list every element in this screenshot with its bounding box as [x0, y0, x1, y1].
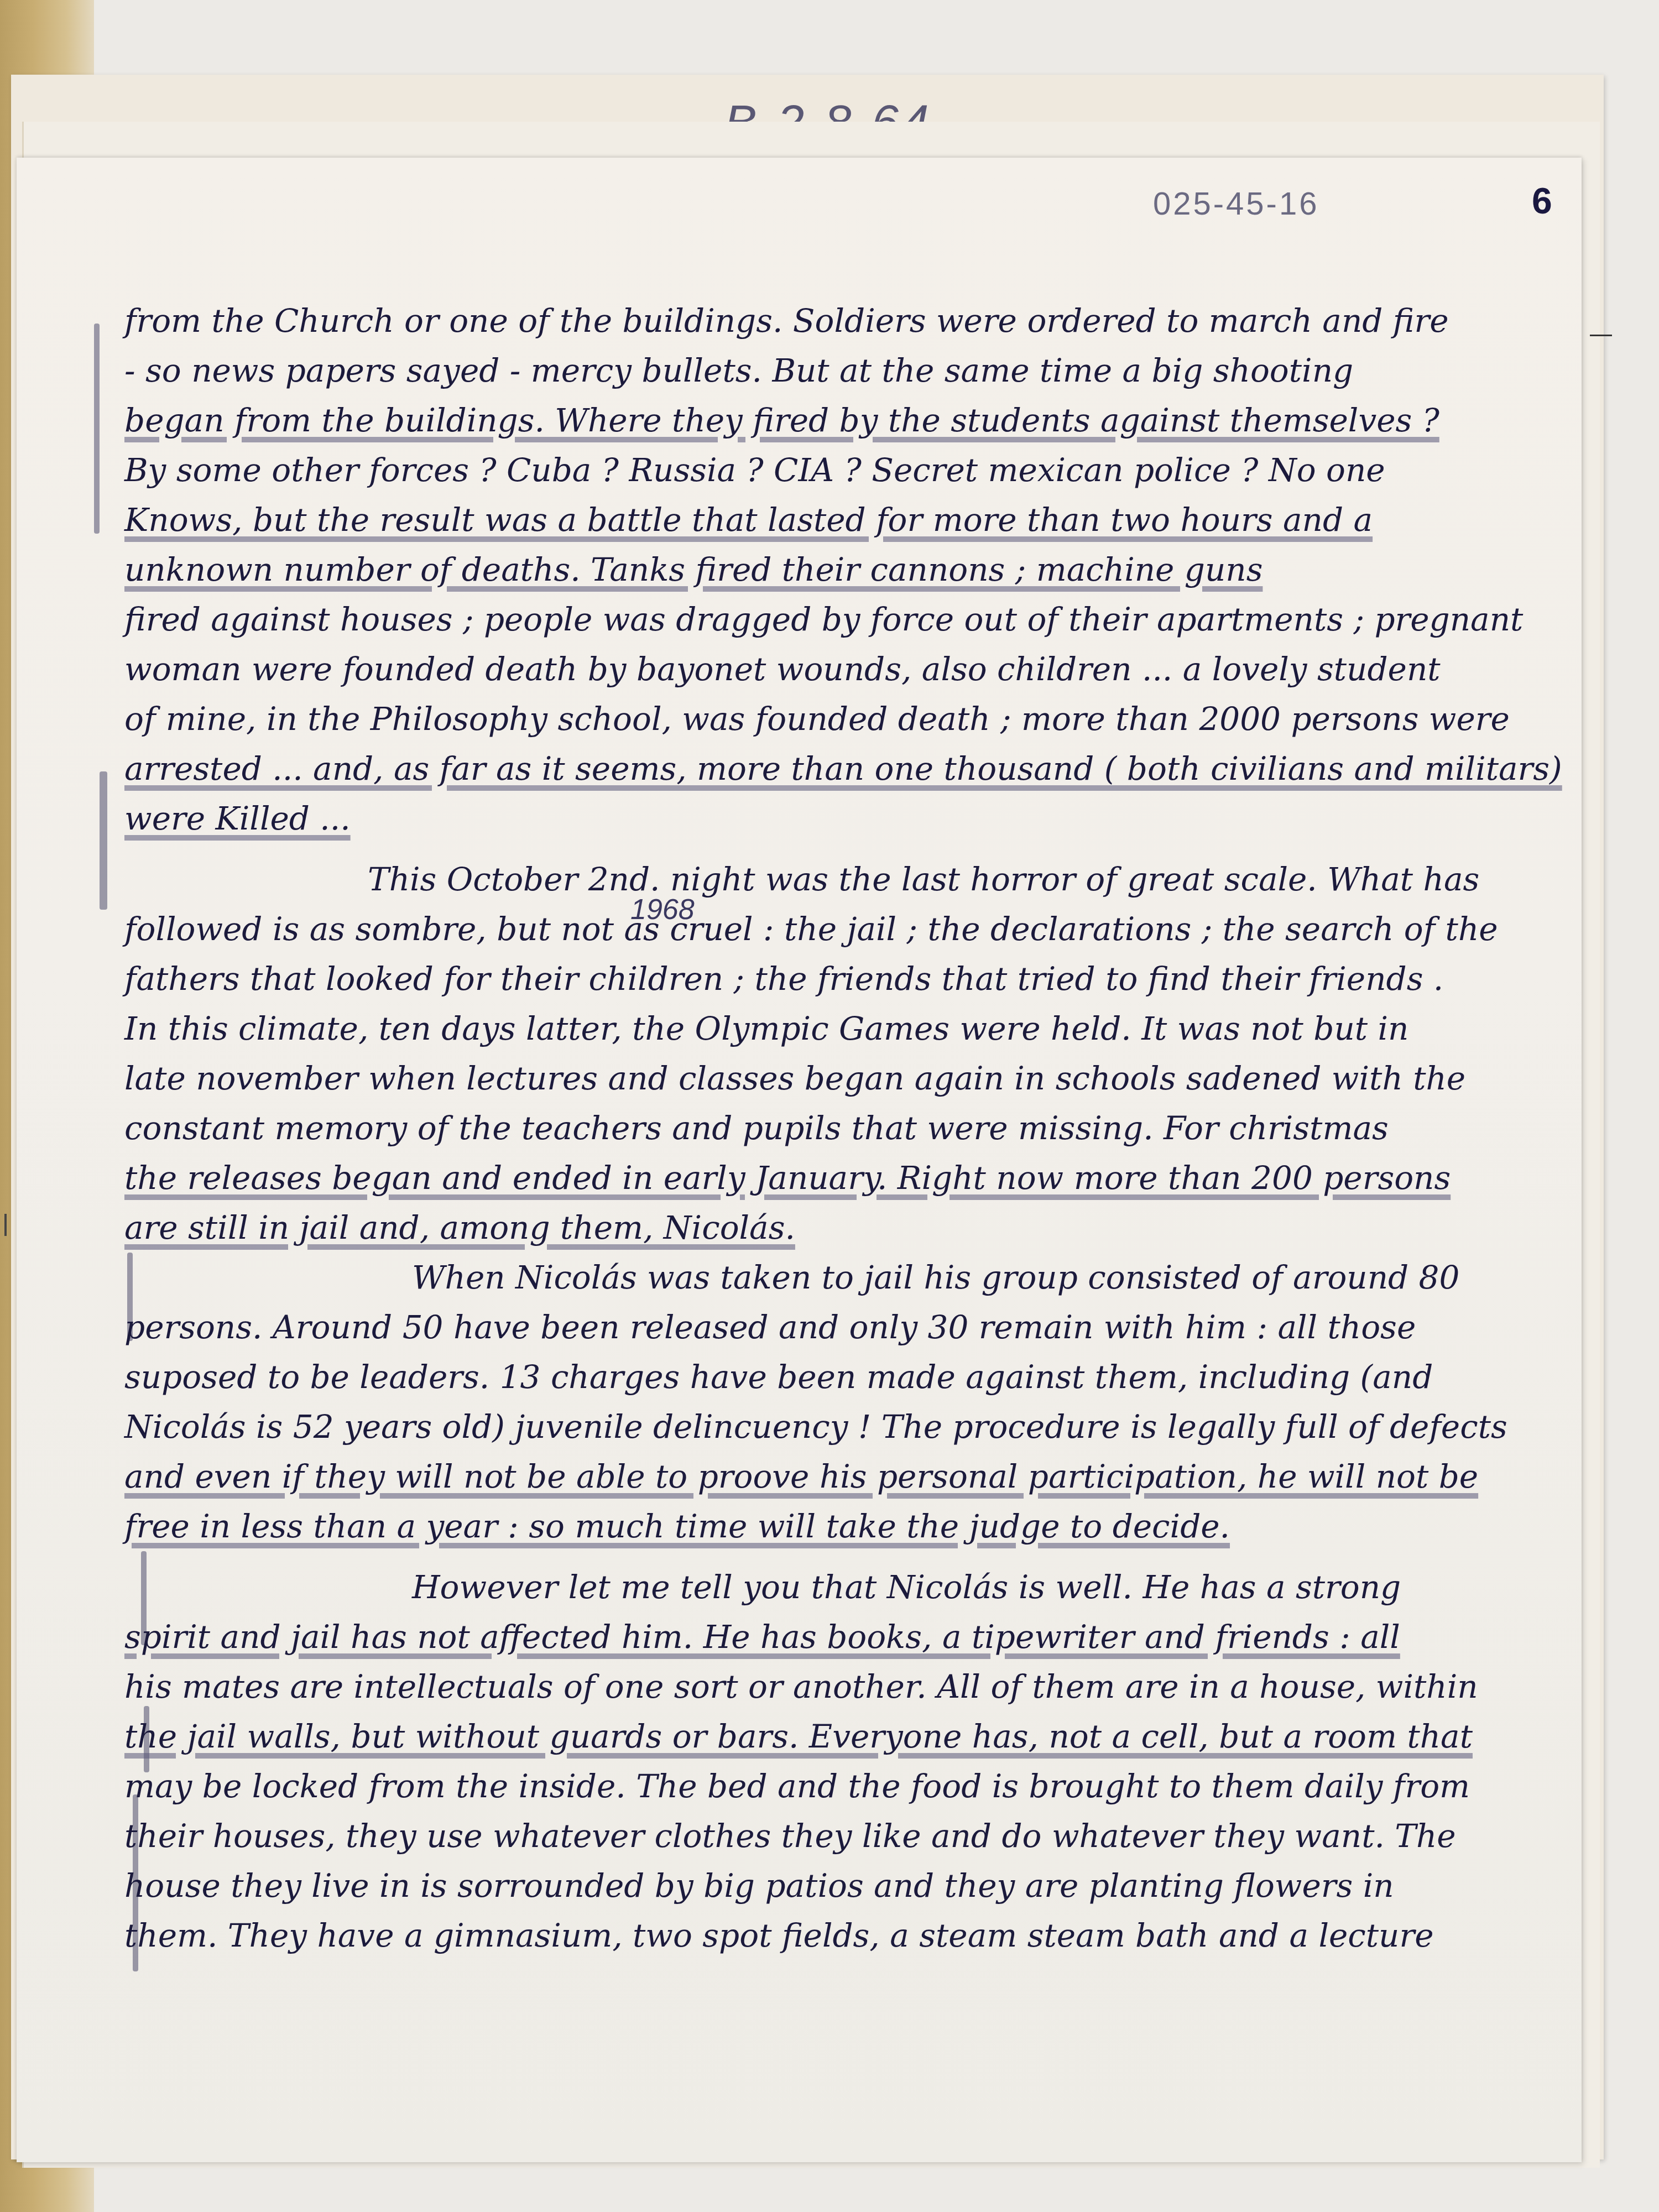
- edge-mark: [4, 1214, 7, 1236]
- text-line: their houses, they use whatever clothes …: [124, 1811, 1518, 1861]
- text-line: constant memory of the teachers and pupi…: [124, 1103, 1518, 1153]
- reference-number: 025-45-16: [1153, 185, 1319, 222]
- text-line: were Killed ...: [124, 794, 1518, 843]
- paragraph-start: When Nicolás was taken to jail his group…: [124, 1253, 1518, 1302]
- text-line: his mates are intellectuals of one sort …: [124, 1662, 1518, 1712]
- text-line: the releases began and ended in early Ja…: [124, 1153, 1518, 1203]
- text-line: fired against houses ; people was dragge…: [124, 594, 1518, 644]
- text-line: the jail walls, but without guards or ba…: [124, 1712, 1518, 1761]
- text-line: fathers that looked for their children ;…: [124, 954, 1518, 1004]
- text-line: followed is as sombre, but not as cruel …: [124, 904, 1518, 954]
- text-line: spirit and jail has not affected him. He…: [124, 1612, 1518, 1662]
- letter-body: from the Church or one of the buildings.…: [124, 296, 1518, 1960]
- text-line: By some other forces ? Cuba ? Russia ? C…: [124, 445, 1518, 495]
- paragraph-start: However let me tell you that Nicolás is …: [124, 1562, 1518, 1612]
- text-line: Nicolás is 52 years old) juvenile delinc…: [124, 1402, 1518, 1452]
- text-line: late november when lectures and classes …: [124, 1053, 1518, 1103]
- text-line: suposed to be leaders. 13 charges have b…: [124, 1352, 1518, 1402]
- text-line: arrested ... and, as far as it seems, mo…: [124, 744, 1518, 794]
- text-line: may be locked from the inside. The bed a…: [124, 1761, 1518, 1811]
- margin-mark: [100, 771, 107, 910]
- text-line: began from the buildings. Where they fir…: [124, 395, 1518, 445]
- text-line: persons. Around 50 have been released an…: [124, 1302, 1518, 1352]
- paragraph-start: This October 2nd. night was the last hor…: [124, 854, 1518, 904]
- page-number: 6: [1532, 180, 1552, 222]
- text-line: woman were founded death by bayonet woun…: [124, 644, 1518, 694]
- text-line: from the Church or one of the buildings.…: [124, 296, 1518, 346]
- handwritten-page: 025-45-16 6 1968 from the Church or one …: [17, 158, 1582, 2162]
- text-line: and even if they will not be able to pro…: [124, 1452, 1518, 1501]
- text-line: In this climate, ten days latter, the Ol…: [124, 1004, 1518, 1053]
- text-line: Knows, but the result was a battle that …: [124, 495, 1518, 545]
- text-line: - so news papers sayed - mercy bullets. …: [124, 346, 1518, 395]
- text-line: of mine, in the Philosophy school, was f…: [124, 694, 1518, 744]
- text-line: them. They have a gimnasium, two spot fi…: [124, 1911, 1518, 1960]
- text-line: free in less than a year : so much time …: [124, 1501, 1518, 1551]
- text-line: are still in jail and, among them, Nicol…: [124, 1203, 1518, 1253]
- text-line: house they live in is sorrounded by big …: [124, 1861, 1518, 1911]
- margin-mark: [94, 324, 100, 534]
- text-line: unknown number of deaths. Tanks fired th…: [124, 545, 1518, 594]
- edge-mark: [1590, 335, 1612, 336]
